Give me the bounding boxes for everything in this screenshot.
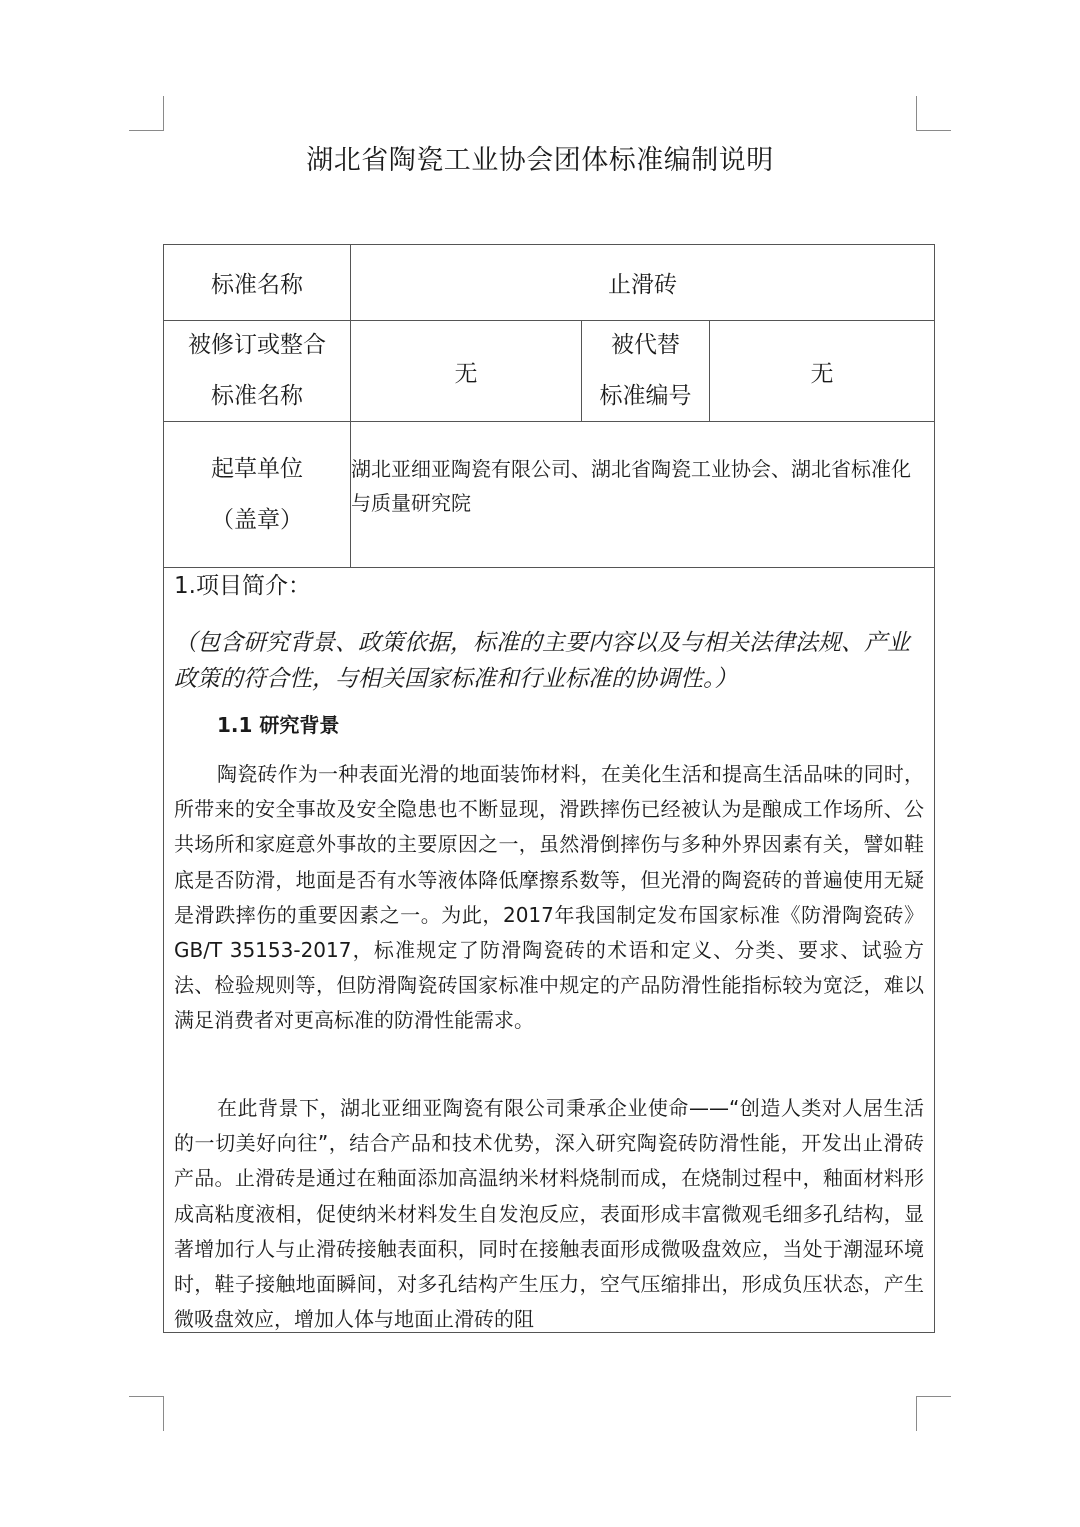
- paragraph: 在此背景下，湖北亚细亚陶瓷有限公司秉承企业使命——“创造人类对人居生活的一切美好…: [174, 1091, 924, 1337]
- document-title: 湖北省陶瓷工业协会团体标准编制说明: [0, 138, 1080, 177]
- value-revised-or-merged: 无: [351, 321, 582, 421]
- crop-mark-top-left: [129, 96, 164, 131]
- standard-info-table: 标准名称 止滑砖 被修订或整合 标准名称 无 被代替 标准编号 无 起草单位 （…: [163, 244, 935, 1333]
- crop-mark-bottom-right: [916, 1396, 951, 1431]
- label-replaced: 被代替 标准编号: [582, 321, 710, 421]
- label-drafting-line2: （盖章）: [211, 495, 303, 546]
- crop-mark-bottom-left: [129, 1396, 164, 1431]
- crop-mark-top-right: [916, 96, 951, 131]
- label-drafting-units: 起草单位 （盖章）: [164, 422, 351, 567]
- value-standard-name: 止滑砖: [351, 245, 934, 320]
- value-replaced: 无: [710, 321, 934, 421]
- row-revised-replaced: 被修订或整合 标准名称 无 被代替 标准编号 无: [164, 321, 934, 422]
- label-replaced-line2: 标准编号: [600, 371, 692, 422]
- section-heading: 1.项目简介：: [174, 567, 924, 600]
- label-drafting-line1: 起草单位: [211, 444, 303, 495]
- row-drafting-units: 起草单位 （盖章） 湖北亚细亚陶瓷有限公司、湖北省陶瓷工业协会、湖北省标准化与质…: [164, 422, 934, 568]
- row-standard-name: 标准名称 止滑砖: [164, 245, 934, 321]
- label-revised-or-merged: 被修订或整合 标准名称: [164, 321, 351, 421]
- section-note: （包含研究背景、政策依据，标准的主要内容以及与相关法律法规、产业政策的符合性，与…: [174, 625, 924, 697]
- label-replaced-line1: 被代替: [611, 320, 680, 371]
- label-standard-name: 标准名称: [164, 245, 351, 320]
- label-revised-line1: 被修订或整合: [188, 320, 326, 371]
- value-drafting-units: 湖北亚细亚陶瓷有限公司、湖北省陶瓷工业协会、湖北省标准化与质量研究院: [351, 452, 914, 520]
- subsection-heading: 1.1 研究背景: [217, 709, 924, 738]
- paragraph: 陶瓷砖作为一种表面光滑的地面装饰材料，在美化生活和提高生活品味的同时，所带来的安…: [174, 757, 924, 1039]
- label-revised-line2: 标准名称: [211, 371, 303, 422]
